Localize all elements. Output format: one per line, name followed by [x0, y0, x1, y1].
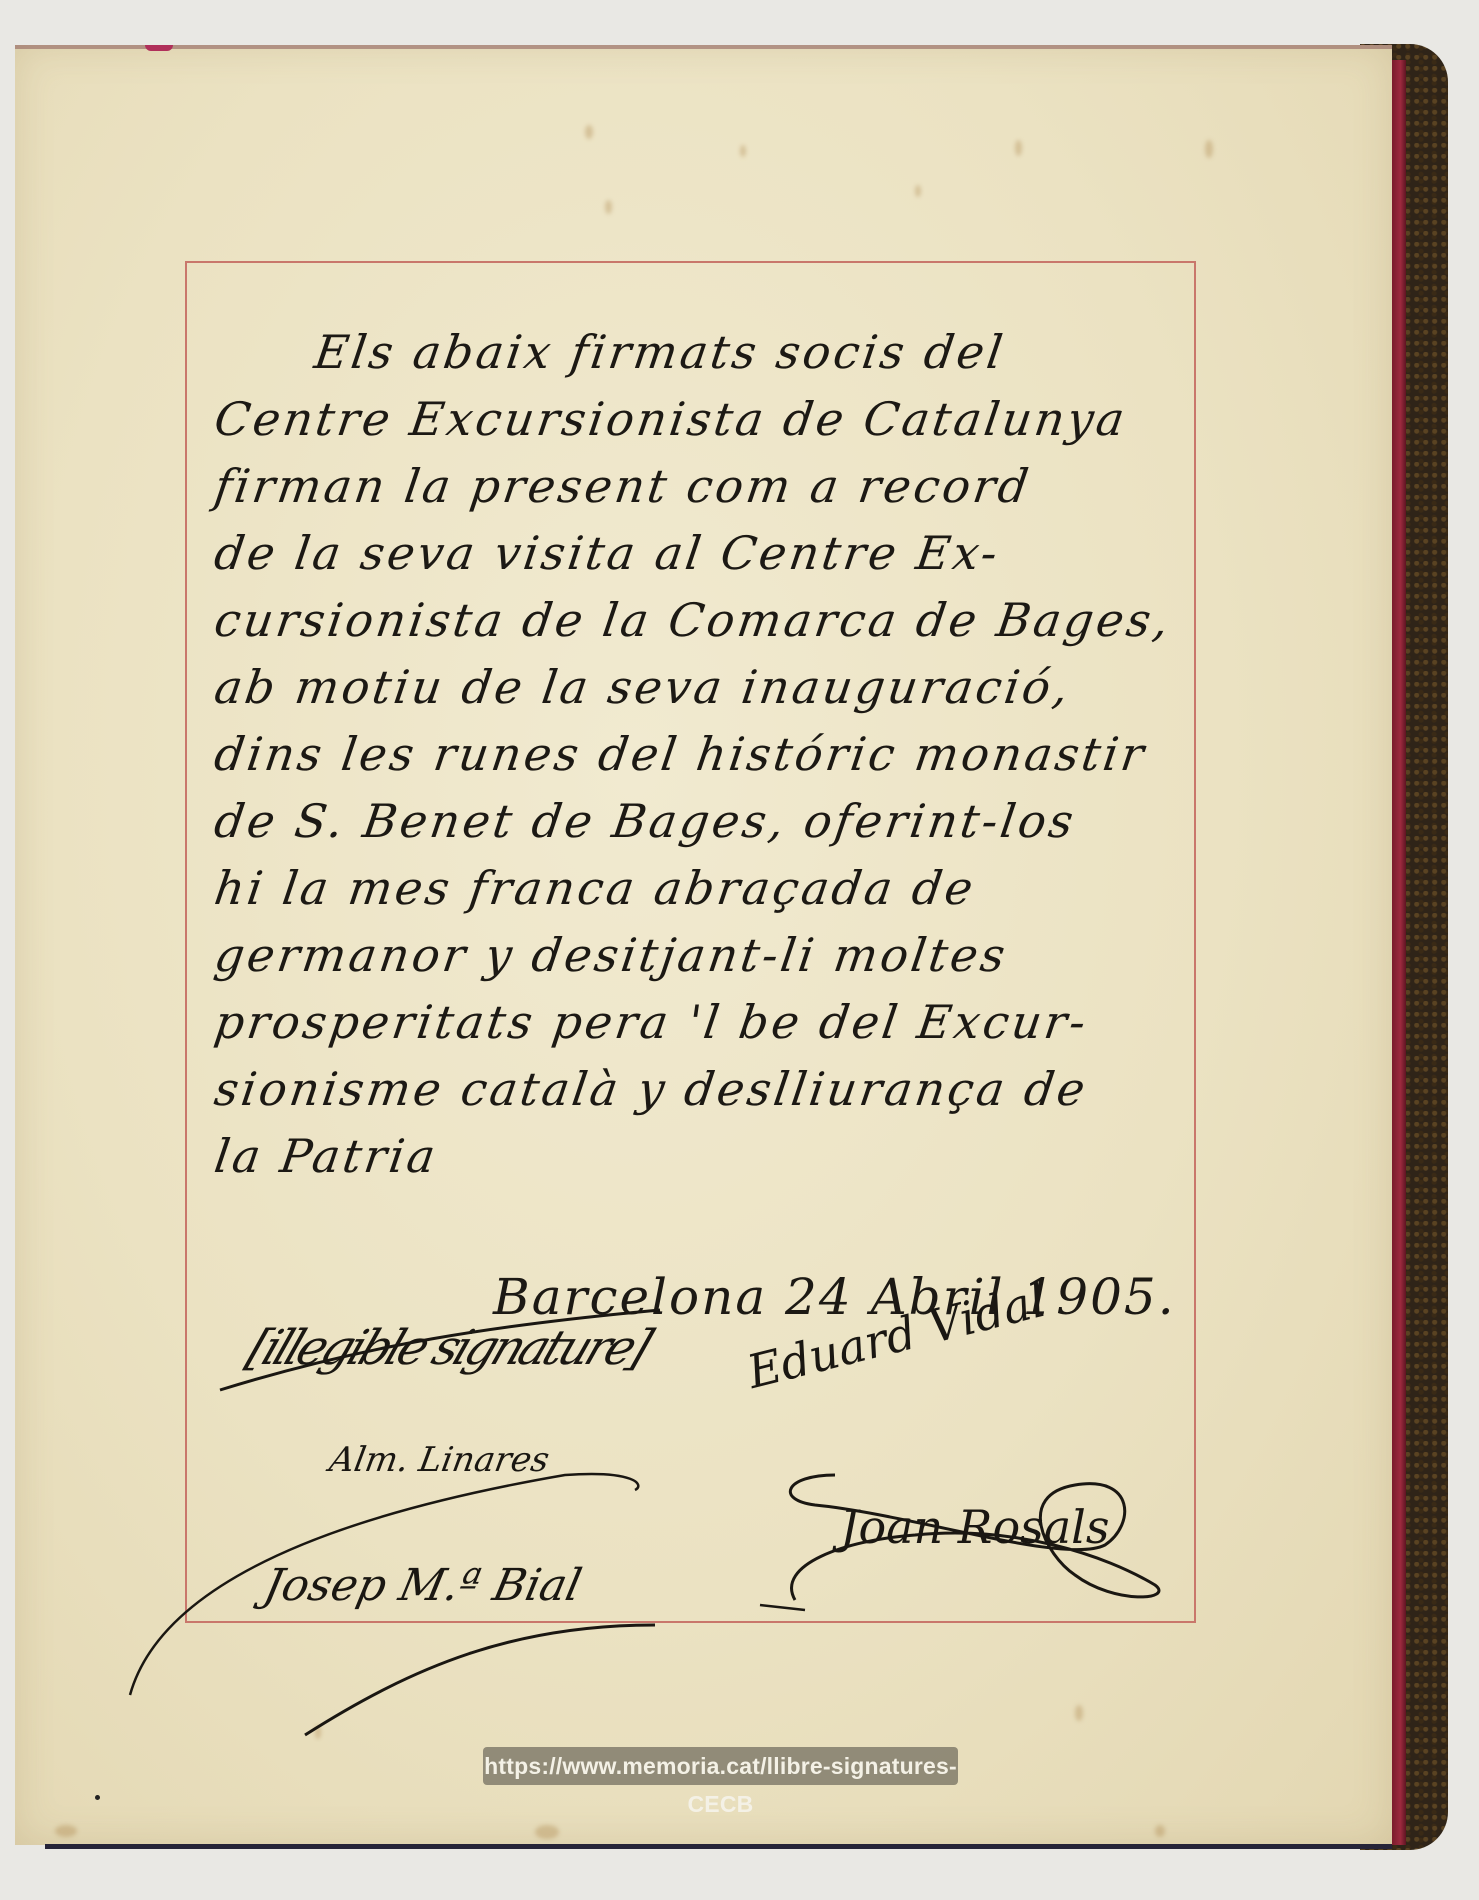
text-line-12: sionisme català y deslliurança de [211, 1062, 1091, 1116]
text-line-11: prosperitats pera 'l be del Excur- [211, 995, 1092, 1049]
foxing-spot [1155, 1825, 1165, 1837]
text-line-5: cursionista de la Comarca de Bages, [211, 593, 1175, 647]
page-bottom-edge [45, 1844, 1392, 1849]
foxing-spot [740, 145, 746, 157]
ink-dot [95, 1795, 100, 1800]
foxing-spot [605, 200, 612, 214]
text-line-3: firman la present com a record [211, 459, 1034, 513]
date-line: Barcelona 24 Abril 1905. [493, 1268, 1176, 1326]
pink-ink-mark [145, 45, 173, 51]
signature-joan-rosals: Joan Rosals [840, 1500, 1110, 1554]
text-line-1: Els abaix firmats socis del [311, 325, 1009, 379]
text-line-2: Centre Excursionista de Catalunya [211, 392, 1131, 446]
foxing-spot [1205, 140, 1213, 158]
signature-1: [illegible signature] [240, 1320, 656, 1376]
source-url-watermark: https://www.memoria.cat/llibre-signature… [483, 1747, 958, 1785]
book-page: Els abaix firmats socis del Centre Excur… [15, 45, 1392, 1845]
signature-linares: Alm. Linares [326, 1440, 552, 1480]
foxing-spot [55, 1825, 77, 1837]
signature-josep-bial: Josep M.ª Bial [260, 1560, 586, 1611]
text-line-7: dins les runes del históric monastir [211, 727, 1150, 781]
foxing-spot [535, 1825, 559, 1839]
text-line-4: de la seva visita al Centre Ex- [211, 526, 1003, 580]
text-line-9: hi la mes franca abraçada de [211, 861, 979, 915]
text-line-10: germanor y desitjant-li moltes [211, 928, 1011, 982]
foxing-spot [315, 1725, 321, 1739]
book-edge-red [1392, 60, 1406, 1845]
text-line-6: ab motiu de la seva inauguració, [211, 660, 1074, 714]
foxing-spot [1075, 1705, 1083, 1721]
foxing-spot [585, 125, 593, 139]
foxing-spot [1015, 140, 1022, 156]
text-line-13: la Patria [211, 1129, 441, 1183]
foxing-spot [915, 185, 921, 197]
text-line-8: de S. Benet de Bages, oferint-los [211, 794, 1079, 848]
page-top-edge [15, 45, 1392, 49]
